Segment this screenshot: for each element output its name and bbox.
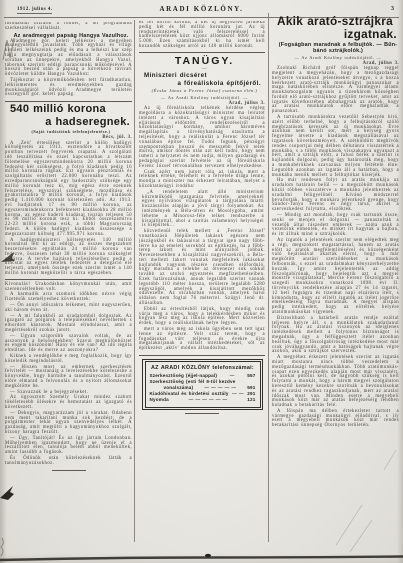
body-paragraph: Aradmegye gör. keleti lelkészei a megyéb… xyxy=(5,40,132,78)
end-rule xyxy=(52,470,86,471)
end-rule xyxy=(185,413,219,414)
body-paragraph: A főispán ma délben értekezletet tartott… xyxy=(272,410,399,429)
phone-label: Nyomda xyxy=(150,397,169,403)
strike-headline-line2: izgatnak. xyxy=(272,28,397,40)
article1-headline: Az aradmegyei papság Hangya Vazulhoz. xyxy=(5,33,132,39)
body-paragraph: És Ödönök után kötelezéseknek látták a t… xyxy=(5,457,132,467)
article-subhead-line2: a főreáliskola építőjéről. xyxy=(139,81,261,88)
pencil-squiggle-icon xyxy=(1,538,3,556)
section-rule xyxy=(139,52,265,53)
body-paragraph: A ,Zeit' értesülése szerint a külön hadü… xyxy=(5,142,132,238)
column-rule-left xyxy=(134,20,135,542)
section-rule xyxy=(5,101,132,102)
phone-numbers-box: AZ ARADI KÖZLÖNY telefonszámai: Szerkesz… xyxy=(142,359,263,411)
phone-numbers-box-inner: AZ ARADI KÖZLÖNY telefonszámai: Szerkesz… xyxy=(145,361,261,408)
body-paragraph: Kivonulás! Urakodásban könyvmunkái után,… xyxy=(5,283,132,293)
strike-subhead-line1: (Fogságban maradnak a felbujtók. — Bűn- xyxy=(272,42,399,48)
byline: — Az Aradi Közlöny tudósítójától. — xyxy=(272,55,399,60)
body-paragraph: Csak azért nem jutott róla az iskola, me… xyxy=(139,171,265,190)
body-paragraph: Az izgatók a jelentések szerint nem elég… xyxy=(272,239,399,316)
phone-row: Nyomda — — — — — — 121 xyxy=(150,397,256,403)
body-paragraph: — Hiszen most az embernek szerkesztések … xyxy=(5,366,132,390)
body-paragraph: — Mindig azt mondták, hogy csak tartsunk… xyxy=(272,214,399,238)
left-column: tosodásnál biztatik a roűdét, a mi progr… xyxy=(5,22,132,543)
body-paragraph: Biztosítható a határbeli aratás rendje e… xyxy=(272,317,399,355)
section-rule xyxy=(139,355,265,356)
phone-number: 121 xyxy=(247,397,255,403)
body-paragraph: mert a város még az iskola ügyében sem t… xyxy=(139,328,265,352)
dateline: Bécs, júl. 3. xyxy=(5,135,132,140)
strike-subhead-line2: bánó sztrájkolók.) xyxy=(272,48,399,54)
phone-leader: — — — — — — xyxy=(169,397,247,403)
source-note: (Saját tudósítónk telefonjelentése.) xyxy=(5,129,132,134)
section-title: TANÜGY. xyxy=(139,56,265,67)
body-paragraph: A harmadik arra szomorú időkben nézve vé… xyxy=(5,293,132,303)
body-paragraph: közvetlenül telek mellett a ,Ferenc Józs… xyxy=(139,230,265,307)
section-rule xyxy=(5,279,132,280)
phone-box-title: AZ ARADI KÖZLÖNY telefonszámai: xyxy=(150,365,256,372)
body-paragraph: Ha már rendesen folyt az aratás munkája … xyxy=(272,179,399,213)
body-paragraph: A megyéhez érkezett jelentések szerint a… xyxy=(272,356,399,409)
body-paragraph: Kiknek a vendéglőkbe e meg foglalkozik, … xyxy=(5,355,132,365)
body-paragraph: — Úgy, Tanítóját! És az így jártam Londo… xyxy=(5,437,132,456)
body-paragraph: — Dehogyis, magyarázzam jól a várakat. O… xyxy=(5,412,132,436)
masthead: ARADI KÖZLÖNY. xyxy=(0,5,403,13)
page-number: 3 xyxy=(391,6,394,12)
article-kicker: (Écska János a Ferenc József csatorna él… xyxy=(139,88,265,93)
column-rule-right xyxy=(268,13,269,542)
body-paragraph: — Ugyan szigorúbb szavaink voltak, de az… xyxy=(5,335,132,354)
body-paragraph: Tájékoztat a közreműködésben tett fáradh… xyxy=(5,79,132,98)
scan-fold-line xyxy=(0,557,403,561)
body-paragraph: — Ön annyi időszakra lelkemet, mint nagy… xyxy=(5,304,132,314)
body-paragraph: Zsolnaki Richárd gróf főispán tegnap reg… xyxy=(272,67,399,115)
body-paragraph: Az ügyosztott Személy Urakat mindez szab… xyxy=(5,396,132,410)
body-paragraph: Ebből az értesítésből látjuk, hogy mindi… xyxy=(139,308,265,327)
scan-fold-dot xyxy=(205,554,211,557)
article2-headline-line1: 540 millió korona xyxy=(5,104,132,116)
body-paragraph: Az új főreáliskola telkének kérdése végl… xyxy=(139,107,265,169)
newspaper-page: 1912. julius 4. ARADI KÖZLÖNY. 3 tosodás… xyxy=(0,0,403,563)
right-column: Akik arató-sztrájkra izgatnak. (Fogságba… xyxy=(272,15,399,543)
continuation-text: tosodásnál biztatik a roűdét, a mi progr… xyxy=(5,22,132,32)
strike-headline-line1: Akik arató-sztrájkra xyxy=(272,15,399,27)
quote-paragraph: „A rendeletem alatt álló ministerium köz… xyxy=(142,191,264,229)
body-paragraph: — A mi falunkból az uradalomból dolgozta… xyxy=(5,315,132,334)
continuation-text: és fél millió korona, a két új hegyezred… xyxy=(139,21,265,50)
body-paragraph: A tartósabb munkásokra vezetőül Sebestyé… xyxy=(272,116,399,178)
byline: — Az Aradi Közlöny tudósítójától. — xyxy=(139,95,265,100)
middle-column: és fél millió korona, a két új hegyezred… xyxy=(139,21,265,543)
article2-headline-line2: a hadseregnek. xyxy=(5,117,130,129)
article-subhead-line1: Miniszteri dicséret xyxy=(139,73,265,80)
body-paragraph: A hadügyminiszteri költségvetés 140 mill… xyxy=(5,239,132,277)
